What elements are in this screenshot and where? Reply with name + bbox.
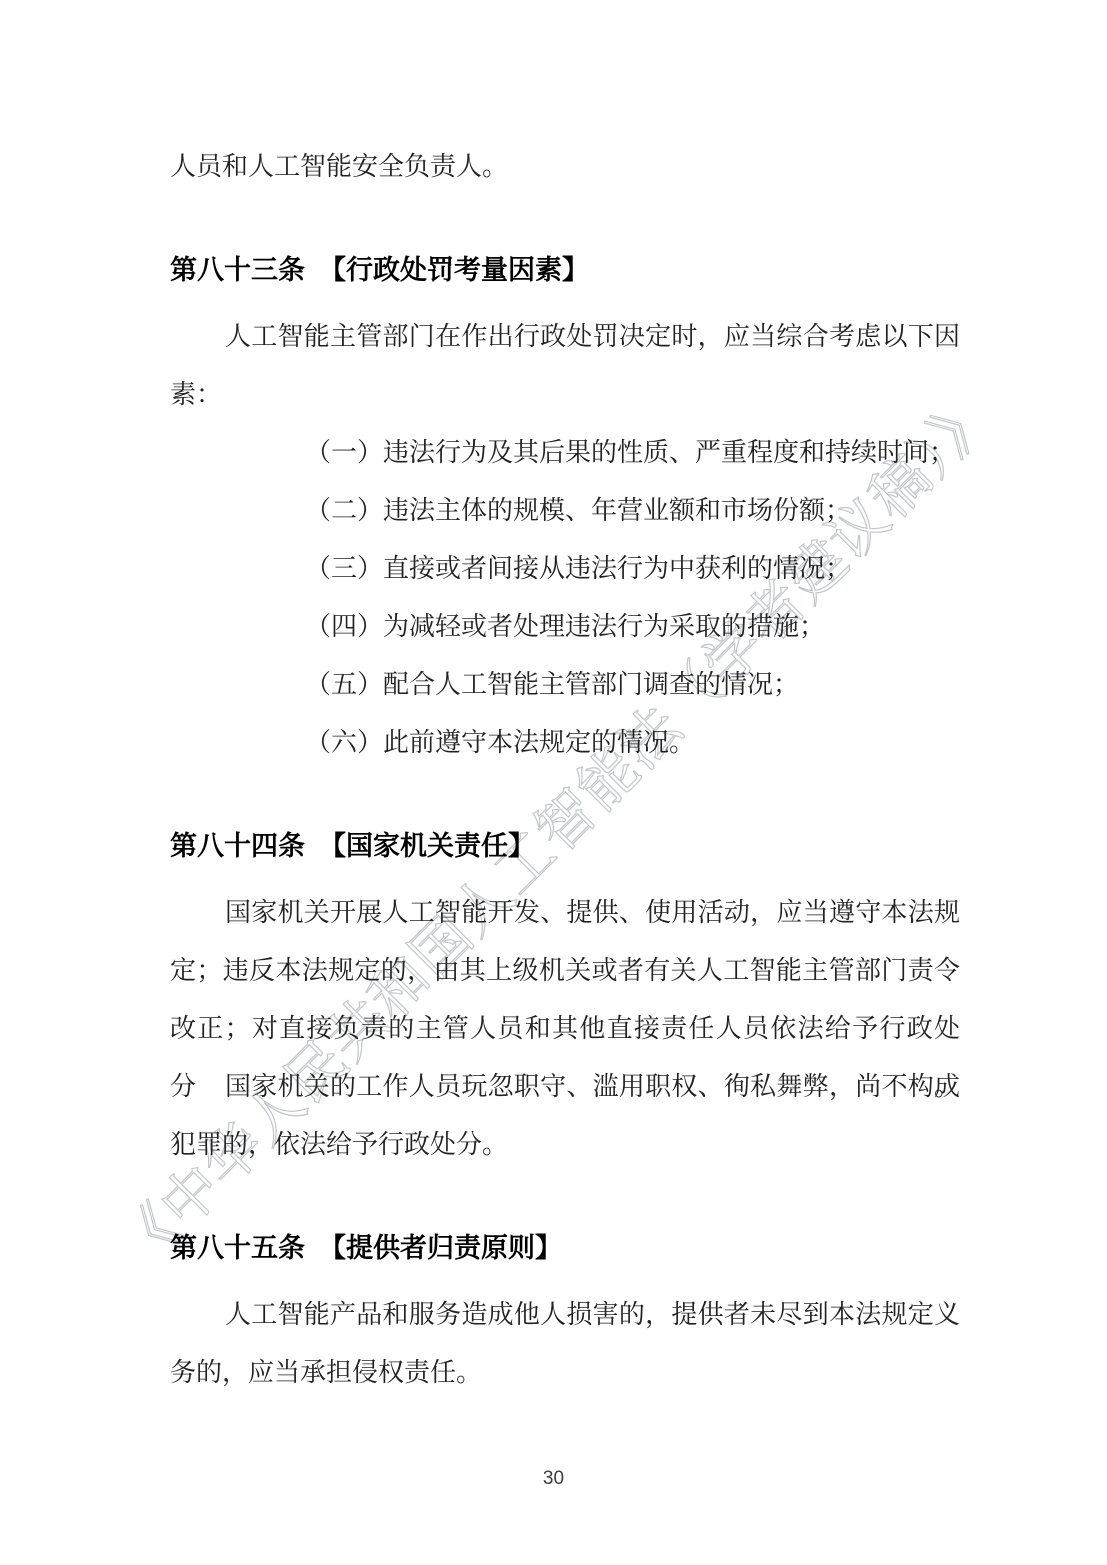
article-84-heading: 第八十四条【国家机关责任】 [170, 817, 960, 875]
article-85-paragraph-1-line-1: 人工智能产品和服务造成他人损害的，提供者未尽到本法规定义 [170, 1286, 960, 1344]
page-number: 30 [0, 1468, 1107, 1490]
article-85-title: 【提供者归责原则】 [319, 1233, 562, 1263]
document-content: 人员和人工智能安全负责人。 第八十三条【行政处罚考量因素】 人工智能主管部门在作… [170, 138, 960, 1402]
article-83-heading: 第八十三条【行政处罚考量因素】 [170, 241, 960, 299]
list-item-5: （五）配合人工智能主管部门调查的情况； [305, 656, 960, 714]
list-item-4: （四）为减轻或者处理违法行为采取的措施； [305, 598, 960, 656]
article-85-heading: 第八十五条【提供者归责原则】 [170, 1219, 960, 1277]
article-83-lead-line-2: 素： [170, 366, 960, 424]
article-84-number: 第八十四条 [170, 831, 305, 861]
article-83-title: 【行政处罚考量因素】 [319, 255, 589, 285]
article-85-number: 第八十五条 [170, 1233, 305, 1263]
list-item-2: （二）违法主体的规模、年营业额和市场份额； [305, 482, 960, 540]
article-84-title: 【国家机关责任】 [319, 831, 535, 861]
article-83-number: 第八十三条 [170, 255, 305, 285]
list-item-3: （三）直接或者间接从违法行为中获利的情况； [305, 540, 960, 598]
carryover-paragraph-line: 人员和人工智能安全负责人。 [170, 138, 960, 196]
article-84-paragraph-1-line-2: 定；违反本法规定的，由其上级机关或者有关人工智能主管部门责令 [170, 942, 960, 1000]
article-84-paragraph-1-line-1: 国家机关开展人工智能开发、提供、使用活动，应当遵守本法规 [170, 884, 960, 942]
article-84-paragraph-1-line-3: 改正；对直接负责的主管人员和其他直接责任人员依法给予行政处分。 [170, 1000, 960, 1058]
list-item-1: （一）违法行为及其后果的性质、严重程度和持续时间； [305, 424, 960, 482]
article-84-paragraph-2-line-2: 犯罪的，依法给予行政处分。 [170, 1116, 960, 1174]
article-85-paragraph-1-line-2: 务的，应当承担侵权责任。 [170, 1344, 960, 1402]
article-84-paragraph-2-line-1: 国家机关的工作人员玩忽职守、滥用职权、徇私舞弊，尚不构成 [170, 1058, 960, 1116]
document-page: 《中华人民共和国人工智能法（学者建议稿）》 人员和人工智能安全负责人。 第八十三… [0, 0, 1107, 1565]
list-item-6: （六）此前遵守本法规定的情况。 [305, 714, 960, 772]
article-83-lead-line-1: 人工智能主管部门在作出行政处罚决定时，应当综合考虑以下因 [170, 308, 960, 366]
